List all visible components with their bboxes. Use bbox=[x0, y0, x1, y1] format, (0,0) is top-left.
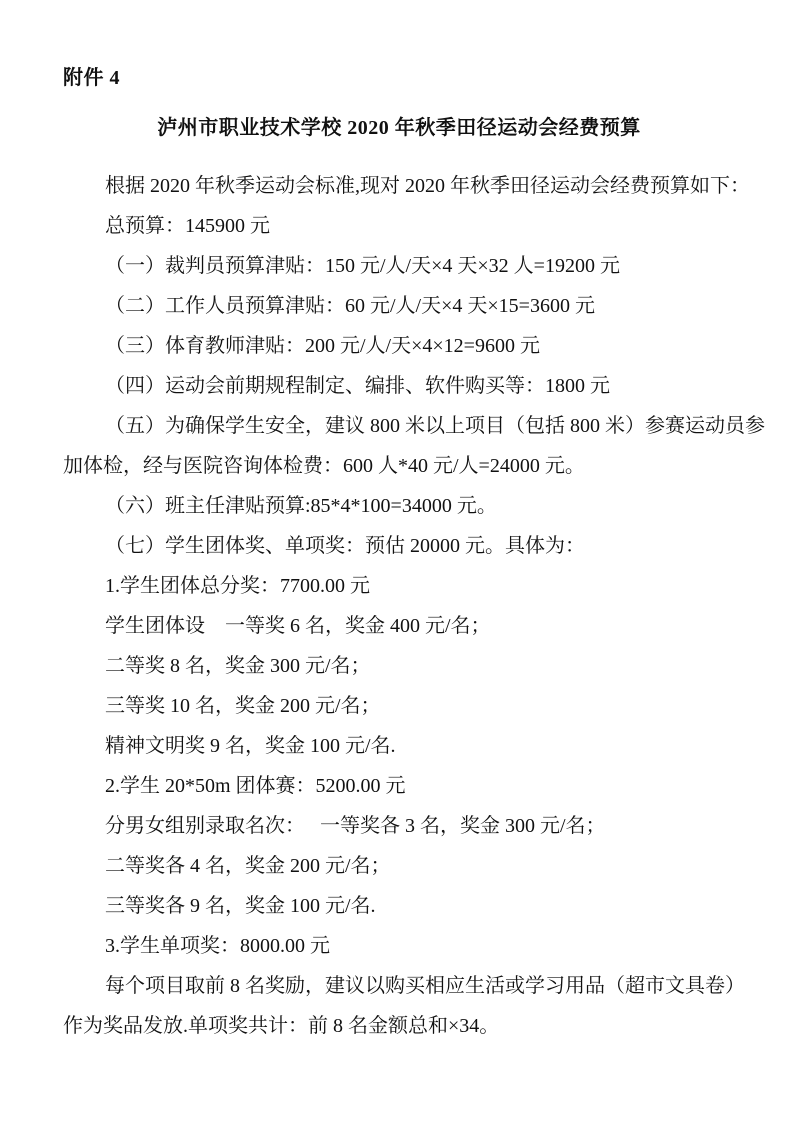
doc-line: 每个项目取前 8 名奖励，建议以购买相应生活或学习用品（超市文具卷） bbox=[63, 966, 735, 1006]
doc-line: 根据 2020 年秋季运动会标准,现对 2020 年秋季田径运动会经费预算如下： bbox=[63, 166, 735, 206]
document-body: 根据 2020 年秋季运动会标准,现对 2020 年秋季田径运动会经费预算如下：… bbox=[63, 166, 735, 1046]
doc-line: 3.学生单项奖：8000.00 元 bbox=[63, 926, 735, 966]
doc-line: 三等奖 10 名，奖金 200 元/名； bbox=[63, 686, 735, 726]
doc-line: 分男女组别录取名次： 一等奖各 3 名，奖金 300 元/名； bbox=[63, 806, 735, 846]
doc-line: 总预算：145900 元 bbox=[63, 206, 735, 246]
doc-line: （一）裁判员预算津贴：150 元/人/天×4 天×32 人=19200 元 bbox=[63, 246, 735, 286]
doc-line: （七）学生团体奖、单项奖：预估 20000 元。具体为： bbox=[63, 526, 735, 566]
doc-line: （五）为确保学生安全，建议 800 米以上项目（包括 800 米）参赛运动员参 bbox=[63, 406, 735, 446]
doc-line: 加体检，经与医院咨询体检费：600 人*40 元/人=24000 元。 bbox=[63, 446, 735, 486]
doc-line: 二等奖 8 名，奖金 300 元/名； bbox=[63, 646, 735, 686]
doc-line: 二等奖各 4 名，奖金 200 元/名； bbox=[63, 846, 735, 886]
doc-line: 作为奖品发放.单项奖共计：前 8 名金额总和×34。 bbox=[63, 1006, 735, 1046]
document-page: 附件 4 泸州市职业技术学校 2020 年秋季田径运动会经费预算 根据 2020… bbox=[0, 0, 793, 1122]
doc-line: 精神文明奖 9 名，奖金 100 元/名. bbox=[63, 726, 735, 766]
doc-line: 三等奖各 9 名，奖金 100 元/名. bbox=[63, 886, 735, 926]
doc-line: （二）工作人员预算津贴：60 元/人/天×4 天×15=3600 元 bbox=[63, 286, 735, 326]
page-title: 泸州市职业技术学校 2020 年秋季田径运动会经费预算 bbox=[63, 114, 735, 142]
doc-line: （六）班主任津贴预算:85*4*100=34000 元。 bbox=[63, 486, 735, 526]
doc-line: （四）运动会前期规程制定、编排、软件购买等：1800 元 bbox=[63, 366, 735, 406]
attachment-label: 附件 4 bbox=[63, 64, 735, 92]
doc-line: 1.学生团体总分奖：7700.00 元 bbox=[63, 566, 735, 606]
doc-line: 2.学生 20*50m 团体赛：5200.00 元 bbox=[63, 766, 735, 806]
doc-line: 学生团体设 一等奖 6 名，奖金 400 元/名； bbox=[63, 606, 735, 646]
doc-line: （三）体育教师津贴：200 元/人/天×4×12=9600 元 bbox=[63, 326, 735, 366]
